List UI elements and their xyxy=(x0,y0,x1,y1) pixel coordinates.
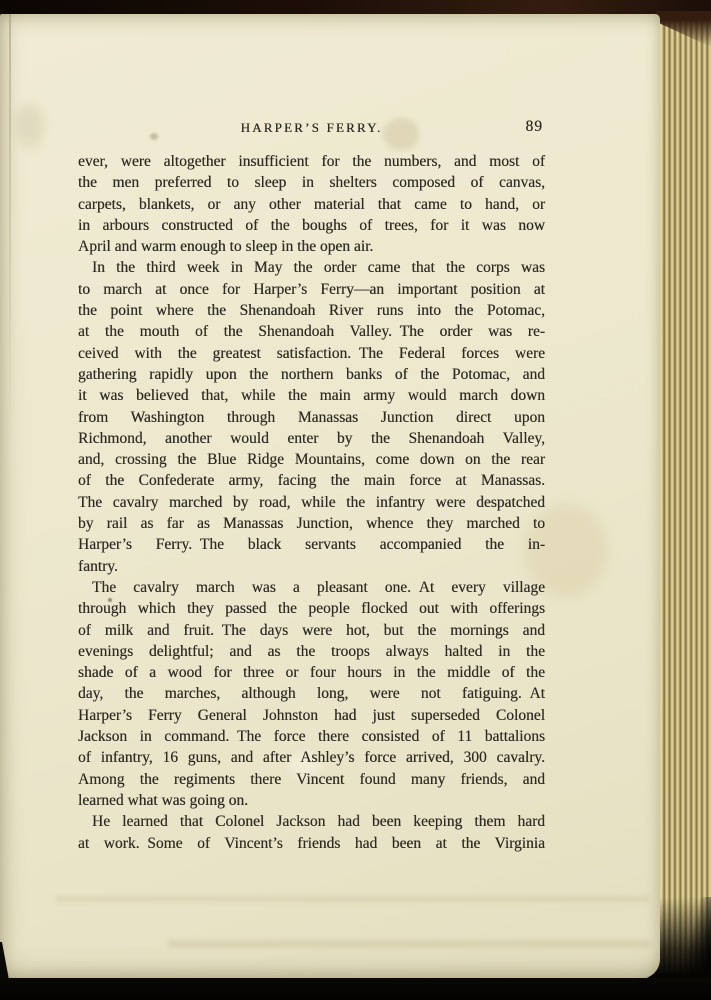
text-line: at work. Some of Vincent’s friends had b… xyxy=(78,833,545,854)
text-line: The cavalry marched by road, while the i… xyxy=(78,492,545,513)
text-line: Jackson in command. The force there cons… xyxy=(78,726,545,747)
book-fore-edge-pages xyxy=(656,12,711,992)
stain-mark xyxy=(16,104,44,148)
text-line: of infantry, 16 guns, and after Ashley’s… xyxy=(78,747,545,768)
text-line: and, crossing the Blue Ridge Mountains, … xyxy=(78,449,545,470)
text-line: the point where the Shenandoah River run… xyxy=(78,300,545,321)
text-line: carpets, blankets, or any other material… xyxy=(78,194,545,215)
text-line: ever, were altogether insufficient for t… xyxy=(78,151,545,172)
text-line: at the mouth of the Shenandoah Valley. T… xyxy=(78,321,545,342)
text-line: He learned that Colonel Jackson had been… xyxy=(78,811,545,832)
fore-edge-top-shadow xyxy=(656,11,711,47)
page-crease xyxy=(9,14,11,434)
scan-streak xyxy=(55,896,650,902)
text-line: ceived with the greatest satisfaction. T… xyxy=(78,343,545,364)
text-line: evenings delightful; and as the troops a… xyxy=(78,641,545,662)
text-line: In the third week in May the order came … xyxy=(78,257,545,278)
page-header: HARPER’S FERRY. 89 xyxy=(78,120,545,142)
text-line: of the Confederate army, facing the main… xyxy=(78,470,545,491)
text-line: Among the regiments there Vincent found … xyxy=(78,769,545,790)
text-line: gathering rapidly upon the northern bank… xyxy=(78,364,545,385)
text-line: fantry. xyxy=(78,556,545,577)
book-page: HARPER’S FERRY. 89 ever, were altogether… xyxy=(0,14,660,979)
text-line: by rail as far as Manassas Junction, whe… xyxy=(78,513,545,534)
text-line: April and warm enough to sleep in the op… xyxy=(78,236,545,257)
text-line: learned what was going on. xyxy=(78,790,545,811)
text-line: to march at once for Harper’s Ferry—an i… xyxy=(78,279,545,300)
text-line: through which they passed the people flo… xyxy=(78,598,545,619)
text-line: from Washington through Manassas Junctio… xyxy=(78,407,545,428)
text-line: shade of a wood for three or four hours … xyxy=(78,662,545,683)
text-line: it was believed that, while the main arm… xyxy=(78,385,545,406)
text-line: day, the marches, although long, were no… xyxy=(78,683,545,704)
text-line: The cavalry march was a pleasant one. At… xyxy=(78,577,545,598)
running-title: HARPER’S FERRY. xyxy=(78,120,545,136)
text-line: Harper’s Ferry. The black servants accom… xyxy=(78,534,545,555)
text-line: Harper’s Ferry General Johnston had just… xyxy=(78,705,545,726)
text-line: in arbours constructed of the boughs of … xyxy=(78,215,545,236)
scan-streak xyxy=(168,940,650,948)
text-line: the men preferred to sleep in shelters c… xyxy=(78,172,545,193)
text-line: of milk and fruit. The days were hot, bu… xyxy=(78,620,545,641)
page-number: 89 xyxy=(526,118,544,136)
background-bottom xyxy=(0,978,711,1000)
body-text: ever, were altogether insufficient for t… xyxy=(78,151,545,854)
text-line: Richmond, another would enter by the She… xyxy=(78,428,545,449)
scanned-book-photo: HARPER’S FERRY. 89 ever, were altogether… xyxy=(0,0,711,1000)
